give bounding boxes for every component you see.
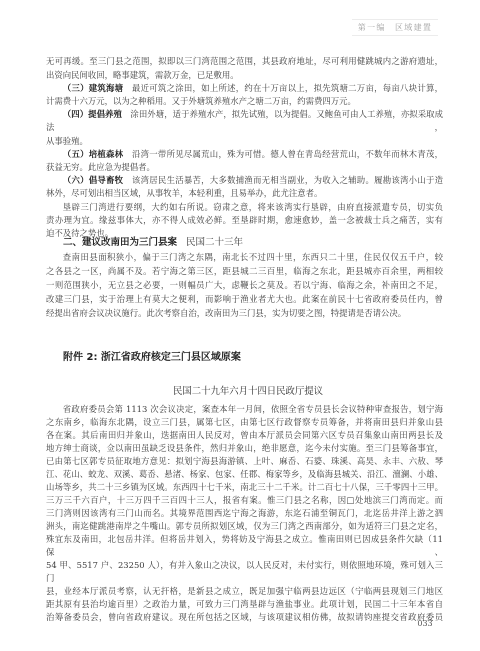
text-line: 无可再缓。至三门县之范围，拟即以三门湾范围之范围，其县政府地址，尽可利用健跳城内… — [46, 55, 443, 68]
text-line: 查南田县面积狭小，偏于三门湾之东隅，南北长不过四十里，东西只二十里，住民仅仅五千… — [46, 250, 443, 264]
item-4-line: （四）提倡养殖 涂田外塘，适于养殖水产，拟先试殖，以为提倡。又鲍鱼可由人工养殖，… — [46, 108, 443, 134]
section-2-heading: 二、建议改南田为三门县案民国二十三年 — [63, 237, 243, 249]
text-line: 县，业经本厅派员考察，认无扞格，是新县之成立，既足加强宁临两县边远区（宁临两县现… — [46, 585, 443, 598]
text-line: 一则范围狭小，无立县之必要，一则幅员广大，虑鞭长之莫及。若以宁海、临海之余，补南… — [46, 278, 443, 292]
text-line: 从事验殖。 — [46, 135, 443, 148]
text-line: 已由第七区郭专员征取地方意见：拟划宁海县海游镇、上叶、麻岙、石婆、珠溪、高昊、永… — [46, 455, 443, 468]
text-line: 垦辟三门湾进行要纲，大约如右所说。窃肃之意，将来该湾实行垦辟，由府直接派遣专员，… — [46, 201, 443, 214]
text-line: 地方绅士商谈，佥以南田虽缺乏设县条件，然归并象山，绝非愿意，迄今未付实施。至三门… — [46, 442, 443, 455]
text-line: 计需费十六万元，以为之种稻用。又于外塘筑养殖水产之塘二万亩，约需费四万元。 — [46, 95, 443, 108]
text-line: 之各县之一区，尚属不及。若宁海之第三区，距县城二三百里，临海之东北，距县城亦百余… — [46, 264, 443, 278]
section-2-date: 民国二十三年 — [186, 237, 243, 248]
text-line: 之东南乡，临海东北隅，设立三门县，属第七区，由第七区行政督察专员筹备，并将南田县… — [46, 416, 443, 429]
text-line: 出资向民间收回，略事建筑，需款万金，已足敷用。 — [46, 69, 443, 82]
section-1-text: 无可再缓。至三门县之范围，拟即以三门湾范围之范围，其县政府地址，尽可利用健跳城内… — [46, 55, 443, 240]
text-line: 各在案。其后南田归并象山，迭据南田人民反对，曾由本厅派员会同第六区专员召集象山南… — [46, 429, 443, 442]
item-5-line: （五）培植森林 沿湾一带所见尽属荒山，殊为可惜。德人曾在青岛经营荒山，不数年而林… — [46, 148, 443, 161]
text-line: 获益无穷。此应急为提倡者。 — [46, 161, 443, 174]
text-line: 江、花山、蛟龙、双溪、葛岙、悬渚、杨家、包家、任郡、梅家等乡，及临海县城关、沿江… — [46, 468, 443, 481]
text-line: 洲头，南迄健跳港南岸之牛嘴山。郭专员所拟划区域，仅为三门湾之西南部分，如为适符三… — [46, 520, 443, 533]
text-line: 三万三千六百户，十三万四千三百四十三人，报省有案。惟三门县之名称，因□处地滨三门… — [46, 494, 443, 507]
page-number: 033 — [414, 619, 436, 629]
attachment-heading: 附件 2: 浙江省政府核定三门县区域原案 — [63, 352, 241, 364]
item-text: 沿湾一带所见尽属荒山，殊为可惜。德人曾在青岛经营荒山，不数年而林木青茂， — [123, 149, 443, 159]
running-head: 第一编 区域建置 — [352, 19, 438, 36]
text-line: 三门湾则因该湾有三门山而名。其境界范围西迄宁海之海游，东迄石浦至铜瓦门，北迄岳井… — [46, 507, 443, 520]
text-line: 责办理为宜。缘兹事体大，亦不得人成效必鲜。至垦辟时期，愈速愈妙，盖一念被裁士兵之… — [46, 214, 443, 227]
section-3-text: 省政府委员会第 1113 次会议决定，案查本年一月间，依照全省专员县长会议特种审… — [46, 403, 443, 624]
item-text: 该湾居民生活暴苦，大多数捕渔而无相当副业，为收入之辅助。履勘该湾小山于造 — [123, 175, 443, 185]
attachment-subtitle: 民国二十九年六月十四日民政厅提议 — [46, 386, 450, 398]
item-text: 最近可筑之涂田，如上所述，约在十万亩以上，拟先筑塘二万亩，每亩八块计算， — [123, 83, 443, 93]
book-page: 第一编 区域建置 无可再缓。至三门县之范围，拟即以三门湾范围之范围，其县政府地址… — [0, 0, 480, 651]
text-line: 治筹备委员会，曾向省政府建议。现在所包括之区域，与该项建议相仿佛，故拟请钧座提交… — [46, 611, 443, 624]
item-label: （六）倡导畜牧 — [63, 175, 124, 185]
section-2-text: 查南田县面积狭小，偏于三门湾之东隅，南北长不过四十里，东西只二十里，住民仅仅五千… — [46, 250, 443, 320]
item-3-line: （三）建筑海塘 最近可筑之涂田，如上所述，约在十万亩以上，拟先筑塘二万亩，每亩八… — [46, 82, 443, 95]
text-line: 省政府委员会第 1113 次会议决定，案查本年一月间，依照全省专员县长会议特种审… — [46, 403, 443, 416]
section-2-title: 二、建议改南田为三门县案 — [63, 237, 177, 248]
text-line: 山场等乡，共二十三乡镇为区域。东西四十七千米，南北三十二千米。计二百七十八保，三… — [46, 481, 443, 494]
text-line: 距其原有县治均逾百里）之政治力量，可致力三门湾垦辟与渔盐事业。此项计划，民国二十… — [46, 598, 443, 611]
text-line: 林外，尽可划出相当区域，从事牧羊，本轻利重，且易举办，此尤注意者。 — [46, 187, 443, 200]
text-line: 改建三门县，实于治理上有莫大之便利，而影响于渔业者尤大也。此案在前民十七省政府委… — [46, 292, 443, 306]
item-label: （三）建筑海塘 — [63, 83, 124, 93]
text-line: 殊宜东及南田，北包岳井洋。但将岳井划入，势将妨及宁海县之成立。惟南田则已因成县条… — [46, 533, 443, 559]
text-line: 54 甲、5517 户、23250 人），有并入象山之决议，以人民反对，未付实行… — [46, 559, 443, 585]
item-label: （五）培植森林 — [63, 149, 124, 159]
item-6-line: （六）倡导畜牧 该湾居民生活暴苦，大多数捕渔而无相当副业，为收入之辅助。履勘该湾… — [46, 174, 443, 187]
item-label: （四）提倡养殖 — [63, 109, 122, 119]
running-head-text: 第一编 区域建置 — [358, 23, 432, 32]
text-line: 经提出省府会议决议施行。此次考察自治，改南田为三门县，实为切要之图，特提请是否请… — [46, 306, 443, 320]
